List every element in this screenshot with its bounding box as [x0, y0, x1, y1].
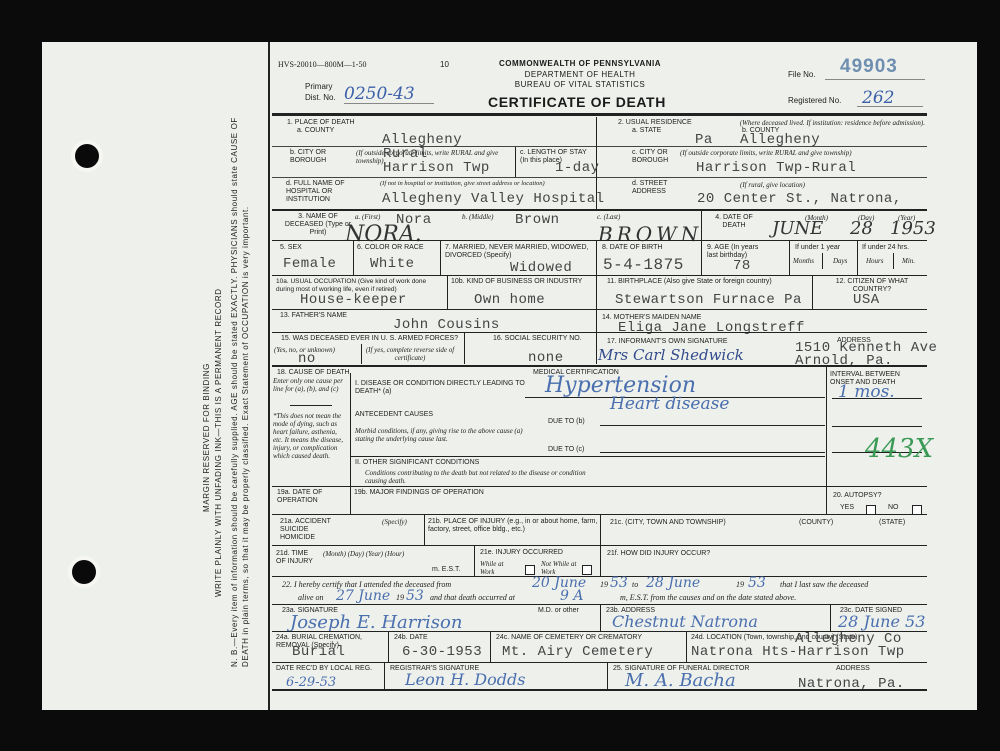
rule — [272, 486, 927, 487]
antecedent-label: ANTECEDENT CAUSES — [355, 411, 433, 419]
dist-underline — [344, 103, 434, 104]
res-street-label: d. STREET ADDRESS — [632, 180, 682, 196]
first-name-label: a. (First) — [355, 213, 380, 221]
certify-alive-on: 27 June — [336, 588, 390, 604]
rule — [826, 367, 827, 486]
rule — [600, 425, 825, 426]
rule — [350, 373, 351, 486]
rule — [597, 177, 927, 178]
not-at-work-checkbox[interactable] — [582, 565, 592, 575]
pod-city-line2: Harrison Twp — [383, 160, 490, 176]
form-left-border — [268, 42, 270, 710]
business-value: Own home — [474, 292, 545, 308]
rule — [272, 662, 927, 663]
last-name-label: c. (Last) — [597, 213, 620, 221]
date-received-label: DATE REC'D BY LOCAL REG. — [276, 665, 386, 673]
res-state-label: a. STATE — [632, 127, 661, 135]
funeral-director-signature: M. A. Bacha — [625, 670, 736, 691]
certify-text-2b: and that death occurred at — [430, 594, 515, 602]
registered-label: Registered No. — [788, 97, 841, 105]
father-value: John Cousins — [393, 317, 500, 333]
armed-note-2: (If yes, complete reverse side of certif… — [365, 346, 455, 362]
how-injury-label: 21f. HOW DID INJURY OCCUR? — [607, 550, 710, 558]
rule — [596, 310, 597, 332]
other-conditions-label: II. OTHER SIGNIFICANT CONDITIONS — [355, 459, 479, 467]
margin-binding-note: MARGIN RESERVED FOR BINDING — [202, 363, 211, 512]
informant-label: 17. INFORMANT'S OWN SIGNATURE — [607, 338, 728, 346]
punch-hole-top — [75, 144, 99, 168]
not-at-work-label: Not While at Work — [541, 560, 577, 576]
rule — [388, 632, 389, 662]
res-street-value: 20 Center St., Natrona, — [697, 191, 902, 207]
md-label: M.D. or other — [538, 607, 579, 615]
certify-text-2a: alive on — [298, 594, 324, 602]
race-value: White — [370, 256, 415, 272]
certify-text-1b: that I last saw the deceased — [780, 581, 868, 589]
rule — [600, 452, 825, 453]
injury-county-label: (COUNTY) — [799, 519, 833, 527]
informant-signature: Mrs Carl Shedwick — [598, 346, 744, 364]
armed-label: 15. WAS DECEASED EVER IN U. S. ARMED FOR… — [281, 335, 458, 343]
certify-to-label: to — [632, 581, 638, 589]
while-at-work-checkbox[interactable] — [525, 565, 535, 575]
dod-day-value: 28 — [850, 218, 873, 239]
rule — [290, 405, 332, 406]
residence-note: (Where deceased lived. If institution: r… — [700, 119, 925, 127]
operation-findings-label: 19b. MAJOR FINDINGS OF OPERATION — [354, 489, 484, 497]
res-city-value: Harrison Twp-Rural — [696, 160, 856, 176]
cause-a-line2: Heart disease — [610, 394, 729, 414]
rule — [701, 241, 702, 275]
autopsy-no-label: NO — [888, 504, 899, 512]
date-signed-value: 28 June 53 — [838, 612, 925, 631]
file-label: File No. — [788, 71, 816, 79]
rule — [490, 632, 491, 662]
file-underline — [825, 79, 925, 80]
rule — [600, 605, 601, 631]
burial-date-value: 6-30-1953 — [402, 644, 482, 660]
dob-value: 5-4-1875 — [603, 256, 684, 274]
place-of-injury-label: 21b. PLACE OF INJURY (e.g., in or about … — [428, 518, 598, 534]
rule — [384, 663, 385, 689]
age-value: 78 — [733, 258, 751, 274]
pod-stay-value: 1-day — [555, 160, 600, 176]
certify-to-date: 28 June — [646, 575, 700, 591]
rule — [272, 240, 927, 241]
middle-name-typed: Brown — [515, 212, 560, 228]
punch-hole-bottom — [72, 560, 96, 584]
morbid-note: Morbid conditions, if any, giving rise t… — [355, 427, 525, 443]
last-name-handwritten: BROWN — [598, 222, 702, 246]
header-department: DEPARTMENT OF HEALTH — [480, 70, 680, 80]
rule — [826, 487, 827, 514]
rule — [272, 146, 596, 147]
residence-label: 2. USUAL RESIDENCE — [618, 119, 692, 127]
cemetery-value: Mt. Airy Cemetery — [502, 644, 653, 660]
certify-alive-year-prefix: 19 — [396, 594, 404, 602]
header-divider — [272, 113, 927, 116]
rule — [893, 253, 894, 269]
business-label: 10b. KIND OF BUSINESS OR INDUSTRY — [451, 278, 591, 286]
file-number-stamp: 49903 — [840, 56, 898, 78]
header-commonwealth: COMMONWEALTH OF PENNSYLVANIA — [480, 59, 680, 69]
birthplace-label: 11. BIRTHPLACE (Also give State or forei… — [607, 278, 807, 286]
mother-value: Eliga Jane Longstreff — [618, 320, 805, 336]
ssn-value: none — [528, 350, 564, 366]
accident-specify-label: (Specify) — [382, 518, 407, 526]
rule — [353, 241, 354, 275]
under-1-year-label: If under 1 year — [795, 244, 840, 252]
registrar-signature: Leon H. Dodds — [405, 670, 525, 689]
rule — [272, 275, 927, 276]
certify-death-time: 9 A — [560, 588, 583, 604]
rule — [822, 253, 823, 269]
interval-value: 1 mos. — [838, 382, 895, 402]
rule — [686, 632, 687, 662]
while-at-work-label: While at Work — [480, 560, 512, 576]
middle-name-label: b. (Middle) — [462, 213, 494, 221]
certify-from-year-prefix: 19 — [600, 581, 608, 589]
disease-label: I. DISEASE OR CONDITION DIRECTLY LEADING… — [355, 380, 525, 396]
rule — [272, 309, 927, 310]
dist-number: 0250-43 — [344, 84, 415, 104]
dod-year-value: 1953 — [890, 218, 936, 239]
injury-city-label: 21c. (CITY, TOWN AND TOWNSHIP) — [610, 519, 726, 527]
rule — [812, 276, 813, 309]
certify-from-year: 53 — [610, 575, 628, 591]
cause-instruction-1: Enter only one cause per line for (a), (… — [273, 377, 345, 393]
injury-state-label: (STATE) — [879, 519, 905, 527]
pod-county-label: a. COUNTY — [297, 127, 334, 135]
days-label: Days — [833, 257, 847, 265]
father-label: 13. FATHER'S NAME — [280, 312, 347, 320]
rule — [701, 210, 702, 240]
certify-to-year: 53 — [748, 575, 766, 591]
primary-label: Primary — [305, 83, 333, 91]
certificate-title: CERTIFICATE OF DEATH — [488, 94, 666, 110]
rule — [596, 276, 597, 309]
rule — [464, 333, 465, 364]
rule — [474, 546, 475, 576]
dist-label: Dist. No. — [305, 94, 336, 102]
under-24-label: If under 24 hrs. — [862, 244, 909, 252]
funeral-director-address-label: ADDRESS — [836, 665, 870, 673]
time-of-injury-columns: (Month) (Day) (Year) (Hour) — [323, 550, 404, 558]
hours-label: Hours — [866, 257, 884, 265]
rule — [447, 276, 448, 309]
header-bureau: BUREAU OF VITAL STATISTICS — [480, 80, 680, 90]
sex-label: 5. SEX — [280, 244, 302, 252]
form-mark: 10 — [440, 61, 449, 69]
rule — [272, 209, 927, 211]
pod-hospital-note: (If not in hospital or institution, give… — [380, 180, 595, 188]
pod-city-label: b. CITY OR BOROUGH — [290, 149, 350, 165]
citizen-value: USA — [853, 292, 880, 308]
place-of-death-label: 1. PLACE OF DEATH — [287, 119, 355, 127]
rule — [600, 515, 601, 545]
rule — [272, 689, 927, 691]
certify-alive-year: 53 — [406, 588, 424, 604]
pod-hospital-value: Allegheny Valley Hospital — [382, 191, 605, 207]
rule — [515, 147, 516, 177]
marital-value: Widowed — [510, 260, 572, 276]
registered-number: 262 — [862, 88, 894, 108]
rule — [351, 456, 825, 457]
margin-nb-line2: DEATH in plain terms, so that it may be … — [241, 206, 250, 667]
rule — [424, 515, 425, 545]
race-label: 6. COLOR OR RACE — [357, 244, 424, 252]
accident-label: 21a. ACCIDENT SUICIDE HOMICIDE — [280, 518, 335, 542]
rule — [361, 344, 362, 364]
due-to-c-label: DUE TO (c) — [548, 446, 584, 454]
location-value: Natrona Hts-Harrison Twp — [691, 644, 905, 660]
registered-underline — [857, 106, 923, 107]
rule — [350, 487, 351, 514]
rule — [596, 333, 597, 364]
rule — [789, 241, 790, 275]
ssn-label: 16. SOCIAL SECURITY NO. — [493, 335, 593, 343]
rule — [440, 241, 441, 275]
rule — [272, 365, 927, 367]
cemetery-label: 24c. NAME OF CEMETERY OR CREMATORY — [496, 634, 642, 642]
operation-date-label: 19a. DATE OF OPERATION — [277, 489, 347, 505]
classification-code: 443X — [865, 434, 933, 464]
dob-label: 8. DATE OF BIRTH — [602, 244, 662, 252]
rule — [272, 177, 596, 178]
rule — [596, 241, 597, 275]
cause-instruction-2: *This does not mean the mode of dying, s… — [273, 412, 345, 460]
rule — [832, 426, 922, 427]
rule — [272, 332, 927, 333]
form-code: HVS-20010—800M—1-50 — [278, 61, 366, 69]
months-label: Months — [793, 257, 814, 265]
burial-type-value: Burial — [292, 644, 345, 660]
pod-hospital-label: d. FULL NAME OF HOSPITAL OR INSTITUTION — [286, 180, 376, 204]
rule — [832, 398, 922, 399]
certify-to-year-prefix: 19 — [736, 581, 744, 589]
rule — [607, 663, 608, 689]
margin-permanent-record-note: WRITE PLAINLY WITH UNFADING INK—THIS IS … — [214, 288, 223, 597]
marital-label: 7. MARRIED, NEVER MARRIED, WIDOWED, DIVO… — [445, 244, 593, 260]
res-street-note: (If rural, give location) — [740, 181, 805, 189]
physician-address: Chestnut Natrona — [612, 612, 758, 631]
margin-nb-line1: N. B.—Every item of information should b… — [230, 117, 239, 667]
certify-text-2c: m, E.S.T. from the causes and on the dat… — [620, 594, 796, 602]
other-conditions-note: Conditions contributing to the death but… — [365, 469, 605, 485]
name-label: 3. NAME OF DECEASED (Type or Print) — [283, 213, 353, 237]
res-city-note: (If outside corporate limits, write RURA… — [680, 149, 852, 157]
cause-label: 18. CAUSE OF DEATH — [277, 369, 350, 377]
dod-label: 4. DATE OF DEATH — [715, 214, 753, 230]
rule — [600, 546, 601, 576]
physician-signature: Joseph E. Harrison — [290, 612, 462, 633]
dod-month-value: JUNE — [772, 218, 823, 239]
rule — [830, 605, 831, 631]
autopsy-label: 20. AUTOPSY? — [833, 492, 882, 500]
time-of-injury-label: 21d. TIME OF INJURY — [276, 550, 316, 566]
birthplace-value: Stewartson Furnace Pa — [615, 292, 802, 308]
rule — [597, 146, 927, 147]
sex-value: Female — [283, 256, 336, 272]
injury-occurred-label: 21e. INJURY OCCURRED — [480, 549, 563, 557]
autopsy-yes-label: YES — [840, 504, 854, 512]
est-label: m. E.S.T. — [432, 566, 460, 574]
min-label: Min. — [902, 257, 915, 265]
rule — [272, 576, 927, 577]
burial-date-label: 24b. DATE — [394, 634, 428, 642]
due-to-b-label: DUE TO (b) — [548, 418, 585, 426]
date-received-value: 6-29-53 — [286, 675, 336, 690]
res-city-label: c. CITY OR BOROUGH — [632, 149, 682, 165]
rule — [857, 241, 858, 275]
occupation-value: House-keeper — [300, 292, 407, 308]
